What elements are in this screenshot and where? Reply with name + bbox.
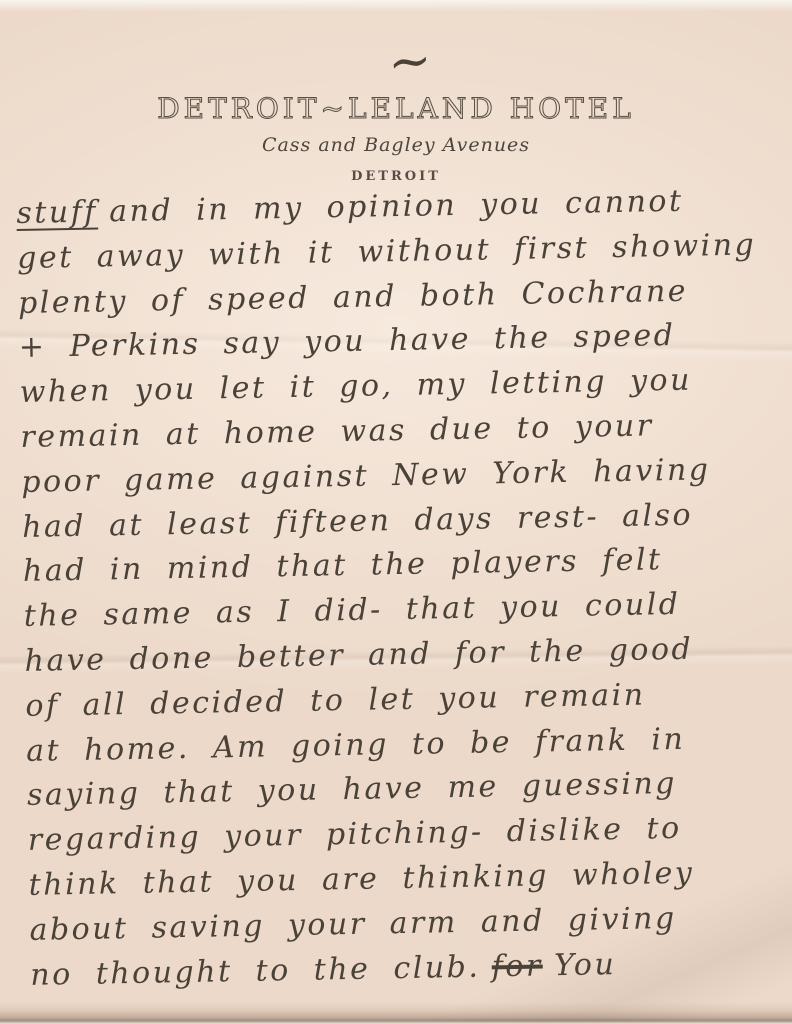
underlined-word: stuff: [16, 195, 98, 231]
page-top-edge: [0, 0, 792, 12]
line-18-text-after: You: [554, 947, 617, 983]
line-18-text-before: no thought to the club.: [30, 949, 481, 992]
handwritten-squiggle-mark: ~: [385, 34, 434, 90]
hotel-address: Cass and Bagley Avenues: [0, 134, 792, 156]
letter-page: ~ DETROIT~LELAND HOTEL Cass and Bagley A…: [0, 0, 792, 1024]
letterhead: DETROIT~LELAND HOTEL Cass and Bagley Ave…: [0, 92, 792, 184]
struck-word: for: [491, 948, 543, 984]
page-bottom-edge: [0, 1002, 792, 1024]
letter-body: stuffand in my opinion you cannot get aw…: [16, 178, 792, 998]
line-1-text: and in my opinion you cannot: [109, 184, 684, 230]
hotel-name: DETROIT~LELAND HOTEL: [0, 92, 792, 125]
